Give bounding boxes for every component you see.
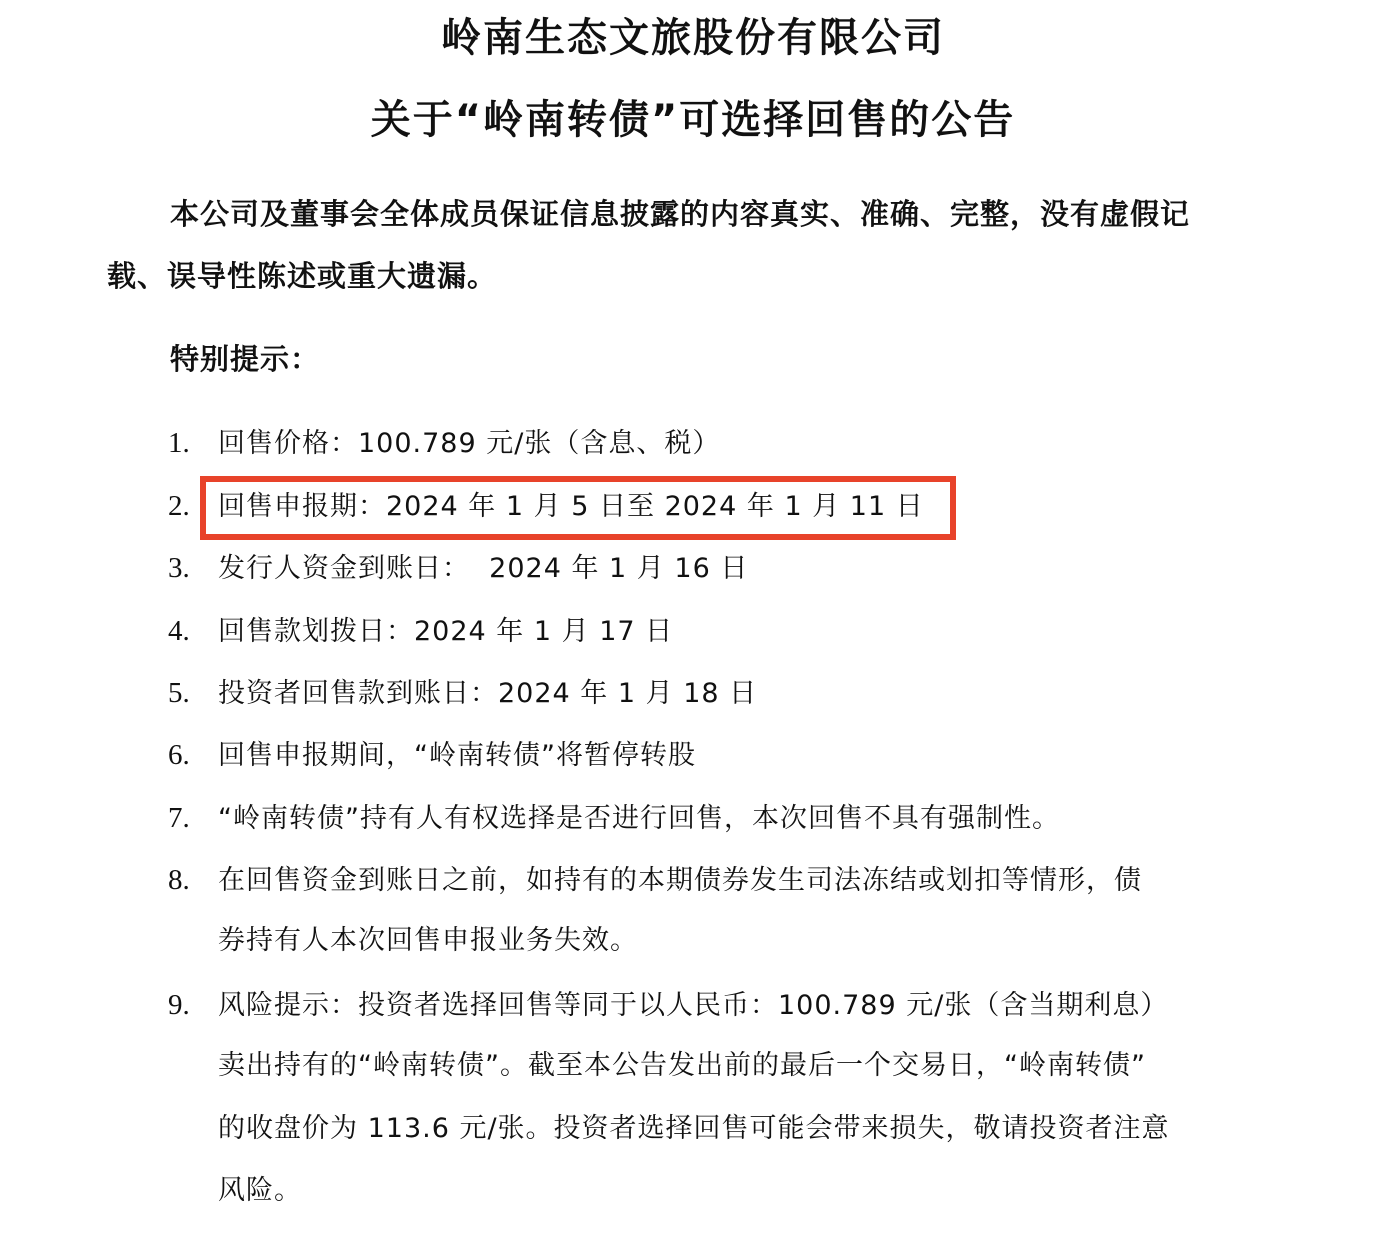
item-number: 8. — [168, 861, 218, 899]
item-number: 9. — [168, 986, 218, 1024]
item-text: 回售价格：100.789 元/张（含息、税） — [218, 428, 720, 459]
list-item-6: 6.回售申报期间，“岭南转债”将暂停转股 — [168, 735, 696, 775]
list-item-9-continuation-1: 卖出持有的“岭南转债”。截至本公告发出前的最后一个交易日，“岭南转债” — [218, 1047, 1146, 1085]
item-number: 6. — [168, 736, 218, 774]
list-item-5: 5.投资者回售款到账日：2024 年 1 月 18 日 — [168, 673, 757, 713]
item-number: 3. — [168, 549, 218, 587]
list-item-9-continuation-3: 风险。 — [218, 1172, 302, 1210]
company-name-title: 岭南生态文旅股份有限公司 — [0, 14, 1392, 62]
announcement-title: 关于“岭南转债”可选择回售的公告 — [0, 96, 1392, 144]
item-text: 回售申报期间，“岭南转债”将暂停转股 — [218, 740, 696, 771]
list-item-7: 7.“岭南转债”持有人有权选择是否进行回售，本次回售不具有强制性。 — [168, 798, 1060, 838]
item-text: 投资者回售款到账日：2024 年 1 月 18 日 — [218, 678, 757, 709]
item-number: 7. — [168, 799, 218, 837]
item-number: 2. — [168, 487, 218, 525]
list-item-8: 8.在回售资金到账日之前，如持有的本期债券发生司法冻结或划扣等情形，债 — [168, 860, 1142, 900]
item-text: “岭南转债”持有人有权选择是否进行回售，本次回售不具有强制性。 — [218, 803, 1060, 834]
item-number: 1. — [168, 424, 218, 462]
item-number: 4. — [168, 612, 218, 650]
list-item-9-continuation-2: 的收盘价为 113.6 元/张。投资者选择回售可能会带来损失，敬请投资者注意 — [218, 1110, 1170, 1148]
special-note-heading: 特别提示： — [170, 340, 320, 378]
item-text: 风险提示：投资者选择回售等同于以人民币：100.789 元/张（含当期利息） — [218, 990, 1168, 1021]
list-item-9: 9.风险提示：投资者选择回售等同于以人民币：100.789 元/张（含当期利息） — [168, 985, 1168, 1025]
list-item-1: 1.回售价格：100.789 元/张（含息、税） — [168, 423, 720, 463]
disclosure-statement-line1: 本公司及董事会全体成员保证信息披露的内容真实、准确、完整，没有虚假记 — [170, 195, 1190, 233]
list-item-3: 3.发行人资金到账日： 2024 年 1 月 16 日 — [168, 548, 748, 588]
item-text: 回售款划拨日：2024 年 1 月 17 日 — [218, 616, 673, 647]
item-text: 回售申报期：2024 年 1 月 5 日至 2024 年 1 月 11 日 — [218, 491, 924, 522]
list-item-2: 2.回售申报期：2024 年 1 月 5 日至 2024 年 1 月 11 日 — [168, 486, 924, 526]
disclosure-statement-line2: 载、误导性陈述或重大遗漏。 — [107, 257, 497, 295]
item-text: 在回售资金到账日之前，如持有的本期债券发生司法冻结或划扣等情形，债 — [218, 865, 1142, 896]
list-item-8-continuation: 券持有人本次回售申报业务失效。 — [218, 922, 638, 960]
item-text: 发行人资金到账日： 2024 年 1 月 16 日 — [218, 553, 748, 584]
item-number: 5. — [168, 674, 218, 712]
list-item-4: 4.回售款划拨日：2024 年 1 月 17 日 — [168, 611, 673, 651]
